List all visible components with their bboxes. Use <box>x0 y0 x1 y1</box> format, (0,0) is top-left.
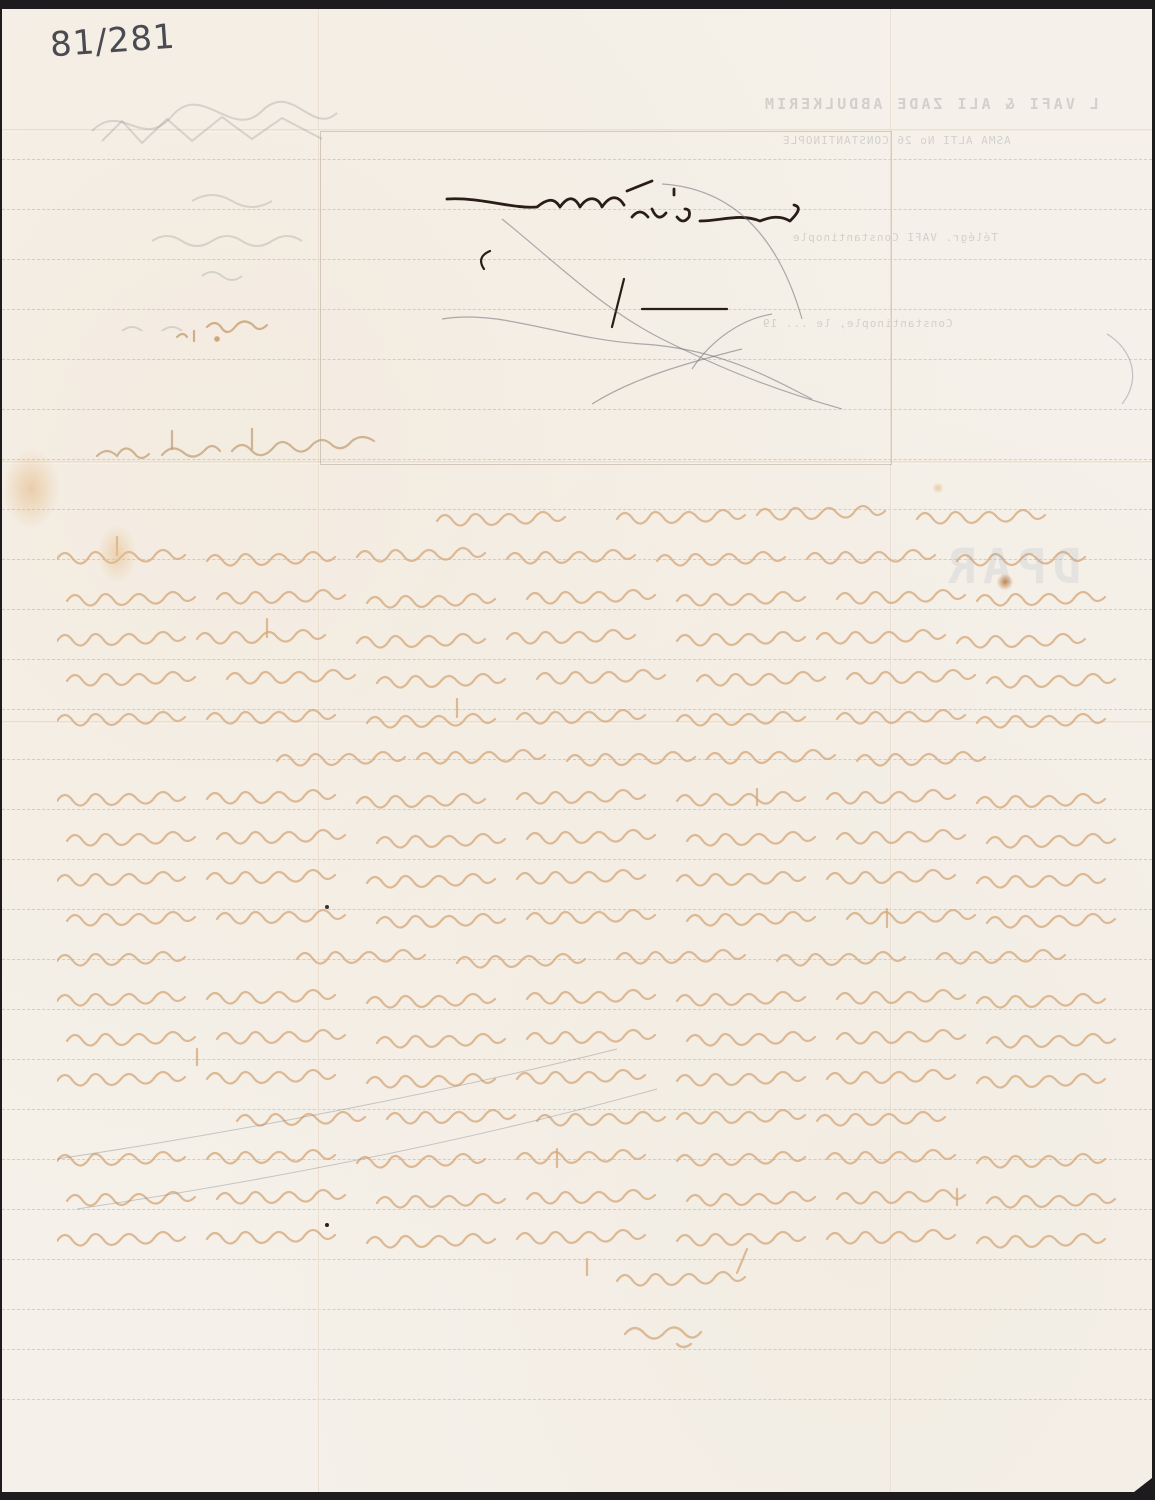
salutation-line <box>92 421 432 471</box>
pencil-mark <box>1102 329 1152 409</box>
torn-corner <box>1134 1478 1152 1492</box>
letterhead-address: ASMA ALTI No 26 CONSTANTINOPLE <box>782 134 1011 147</box>
date-line-ink <box>172 309 302 349</box>
foxing-stain <box>2 449 60 529</box>
ghost-stamp-letters: DPAR <box>942 539 1082 595</box>
foxing-stain <box>97 524 137 584</box>
address-line-ink <box>442 169 842 409</box>
letter-sheet: 81/281 L VAFI & ALI ZADE ABDULKERIM ASMA… <box>2 9 1152 1492</box>
letterhead-company-name: L VAFI & ALI ZADE ABDULKERIM <box>762 95 1099 113</box>
foxing-stain <box>932 483 944 493</box>
body-text-ink <box>57 489 1117 1349</box>
letterhead-calligraphy-ghost <box>82 91 352 331</box>
signature-ink <box>617 1314 737 1354</box>
archive-number: 81/281 <box>49 17 177 66</box>
ink-spot <box>997 574 1013 590</box>
